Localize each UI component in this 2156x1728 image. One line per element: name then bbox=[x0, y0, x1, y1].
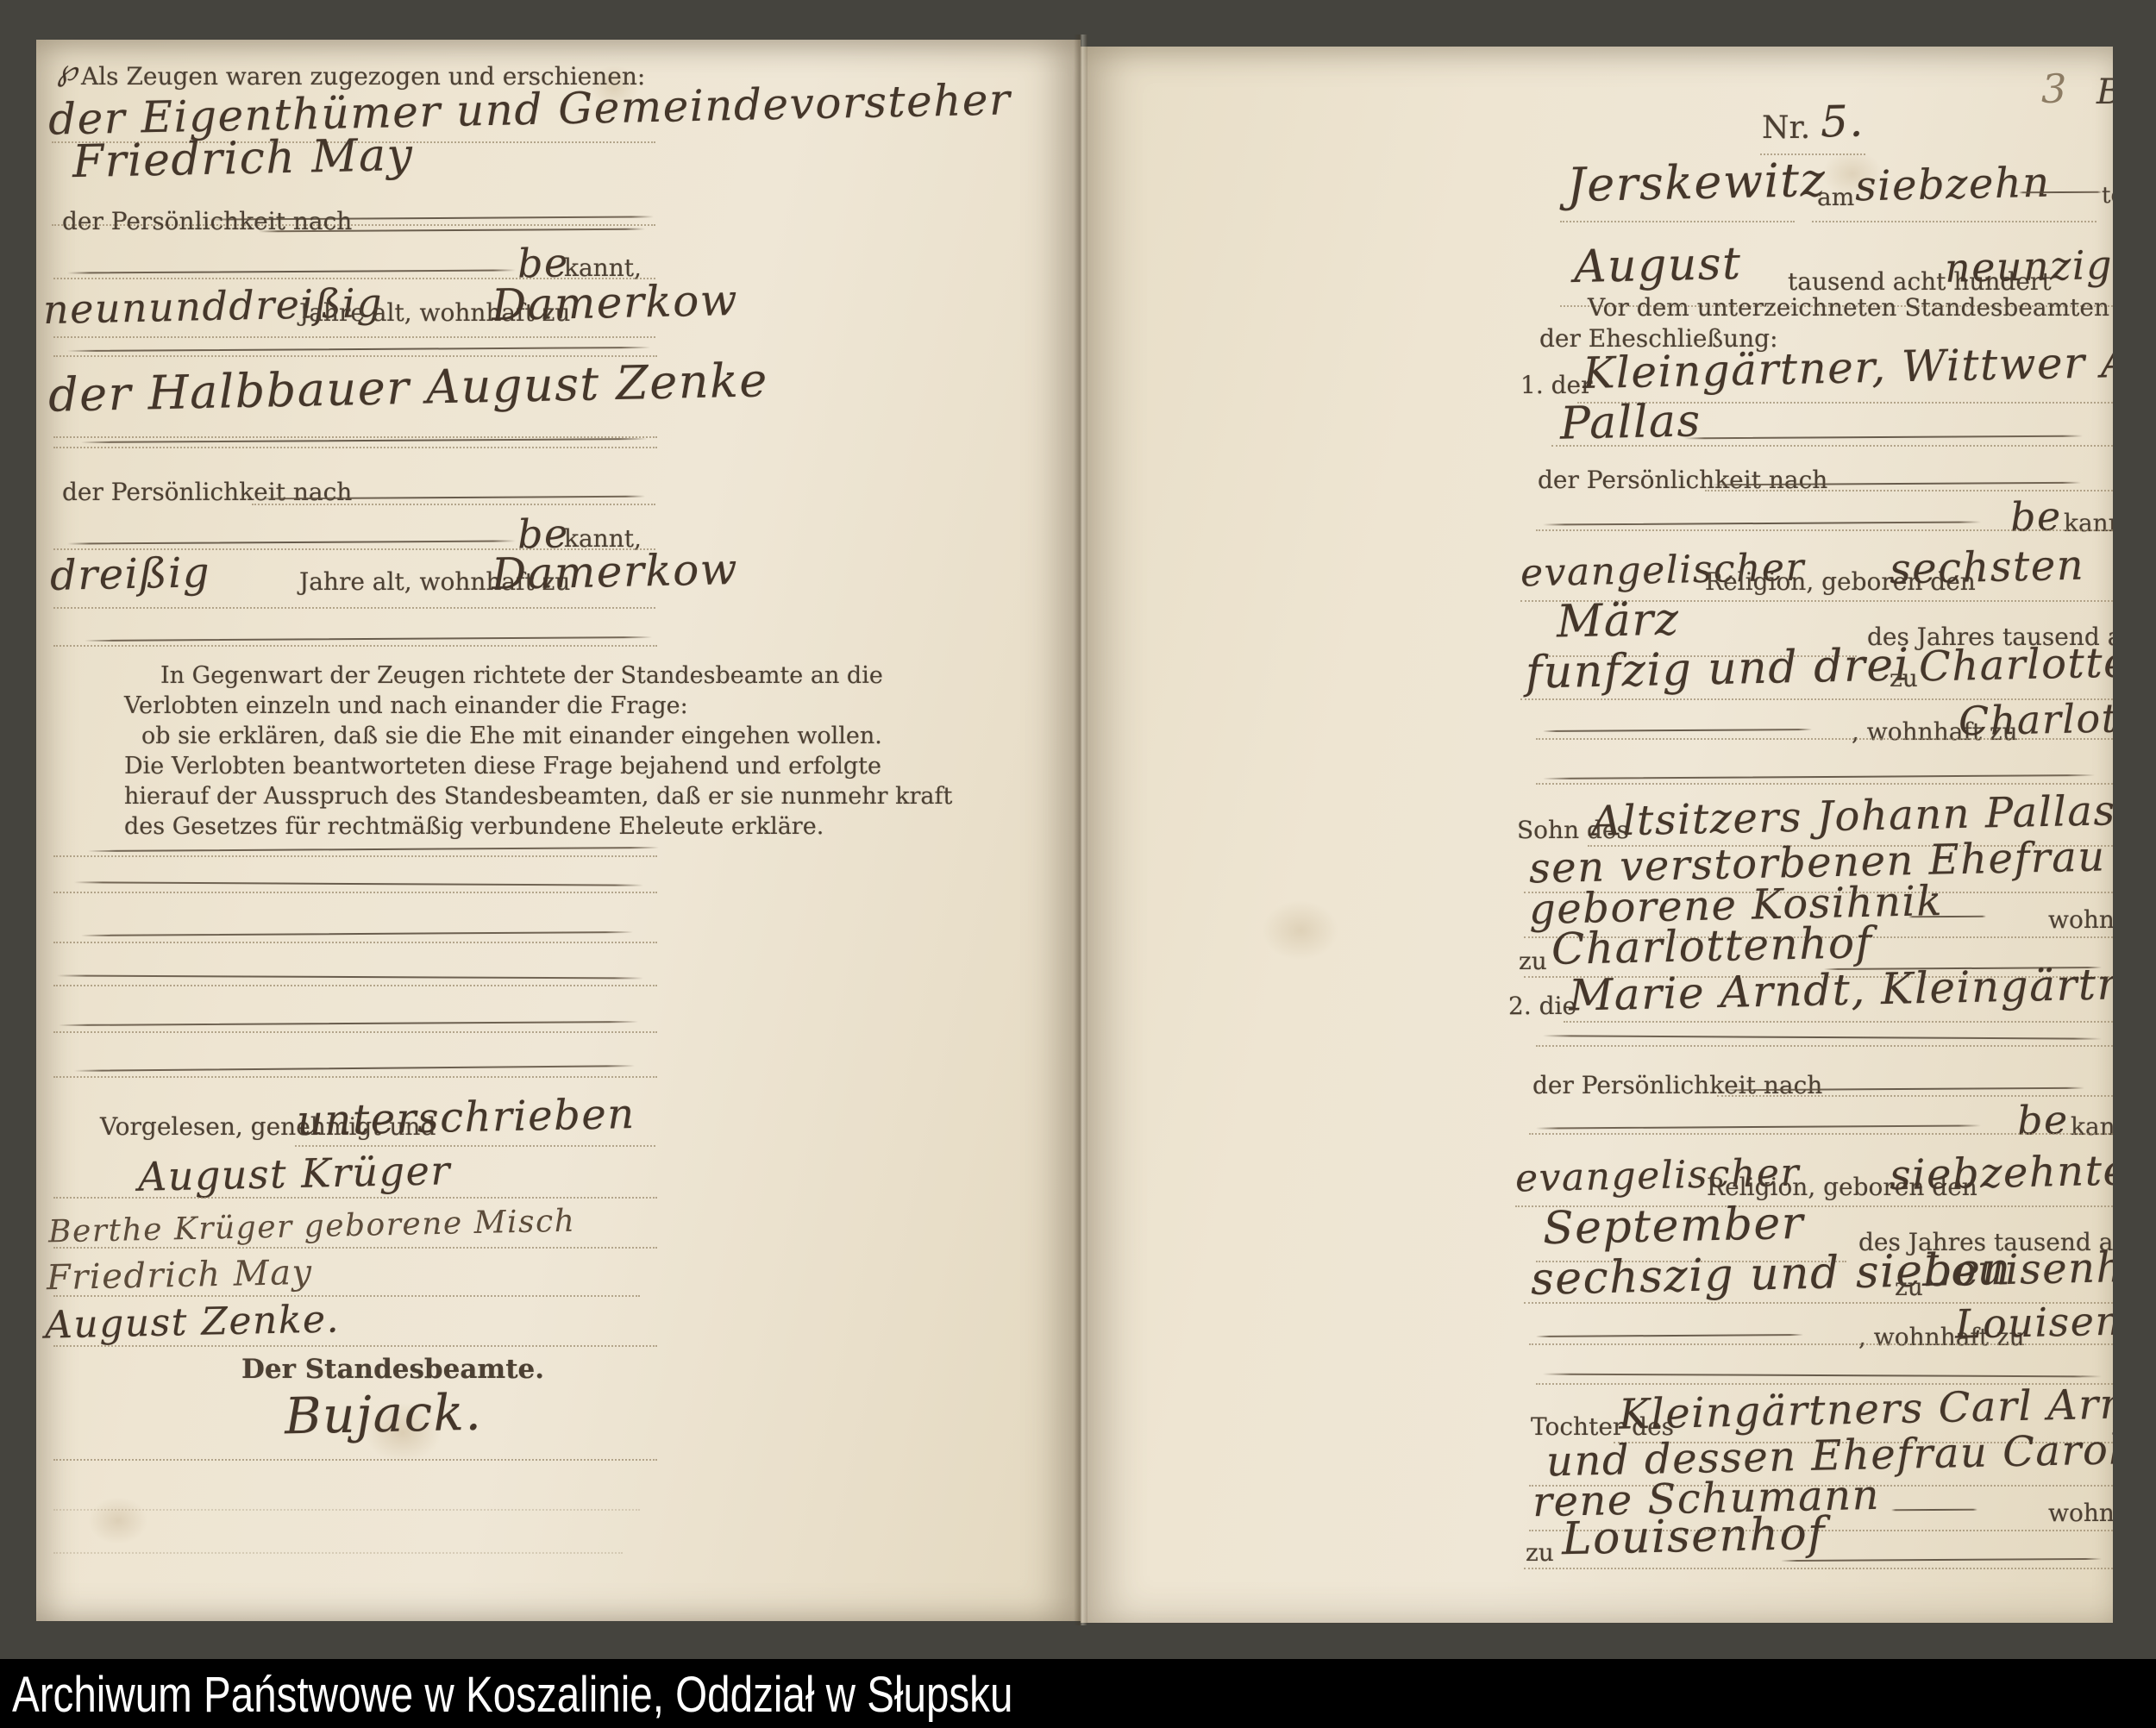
rule bbox=[53, 855, 657, 857]
ink-line bbox=[1543, 729, 1812, 732]
rule bbox=[295, 1145, 655, 1147]
bride-be: be bbox=[2016, 1096, 2069, 1143]
record-day: siebzehn bbox=[1854, 159, 2051, 211]
record-no-label: Nr. bbox=[1762, 110, 1810, 146]
rule bbox=[1564, 1021, 2113, 1023]
rule bbox=[53, 1197, 657, 1199]
groom-birth-month: März bbox=[1556, 594, 1680, 648]
ink-line bbox=[1543, 1374, 2102, 1378]
zu-label: zu bbox=[1526, 1538, 1554, 1567]
rule bbox=[53, 985, 657, 986]
rule bbox=[1536, 1045, 2113, 1047]
record-no: 5. bbox=[1820, 96, 1865, 147]
paper-stain bbox=[1262, 900, 1339, 961]
left-page: ℘ Als Zeugen waren zugezogen und erschie… bbox=[36, 40, 1081, 1621]
wohnhaft-label: wohnhaft bbox=[2048, 1499, 2113, 1527]
ink-line bbox=[1536, 1124, 1981, 1129]
bride-birth-month: September bbox=[1542, 1198, 1804, 1255]
witness1-name: Friedrich May bbox=[72, 129, 414, 188]
signature: Friedrich May bbox=[47, 1253, 314, 1298]
ink-line bbox=[74, 881, 643, 886]
groom-kannt: kannt bbox=[2064, 509, 2113, 537]
rule bbox=[53, 1076, 657, 1078]
rule bbox=[1551, 445, 2113, 447]
bride-residence: Louisenho bbox=[1954, 1296, 2113, 1347]
record-place: Jerskewitz bbox=[1566, 153, 1827, 212]
corner-letter: B bbox=[2096, 72, 2113, 112]
archive-caption-bar: Archiwum Państwowe w Koszalinie, Oddział… bbox=[0, 1659, 2156, 1728]
ink-line bbox=[1543, 774, 2095, 779]
intro-line1: Vor dem unterzeichneten Standesbeamten e… bbox=[1588, 293, 2113, 322]
rule bbox=[1560, 221, 1795, 222]
rule bbox=[1536, 738, 2113, 740]
ink-line bbox=[1908, 916, 1986, 918]
rule bbox=[53, 607, 655, 609]
ink-line bbox=[1891, 1509, 1977, 1512]
ink-line bbox=[74, 1065, 635, 1072]
rule bbox=[53, 1247, 657, 1249]
declaration-line: In Gegenwart der Zeugen richtete der Sta… bbox=[160, 662, 883, 689]
rule bbox=[1536, 783, 2113, 785]
signature: August Krüger bbox=[137, 1147, 451, 1200]
ink-line bbox=[1684, 435, 2083, 440]
registrar-signature: Bujack. bbox=[284, 1383, 482, 1446]
rule bbox=[53, 1552, 623, 1554]
record-month: August bbox=[1573, 238, 1742, 293]
rule bbox=[1529, 1133, 2113, 1135]
bride-birth-day: siebzehnten bbox=[1889, 1146, 2113, 1199]
ink-line bbox=[88, 847, 659, 852]
day-suffix-fragment: te bbox=[2102, 183, 2113, 209]
ink-line bbox=[1536, 1334, 1803, 1337]
ink-line bbox=[67, 540, 516, 544]
ink-line bbox=[1543, 1035, 2102, 1039]
closing-handwritten: unterschrieben bbox=[296, 1090, 636, 1145]
declaration-line: ob sie erklären, daß sie die Ehe mit ein… bbox=[141, 723, 882, 749]
archival-page-number: 3 bbox=[2041, 66, 2066, 112]
book-fold-shadow bbox=[1074, 34, 1087, 1625]
am-label: am bbox=[1817, 183, 1854, 211]
rule bbox=[53, 645, 657, 647]
groom-birth-year: funfzig und drei bbox=[1525, 639, 1910, 698]
ink-line bbox=[57, 975, 643, 980]
zu-label: zu bbox=[1895, 1273, 1923, 1301]
paragraph-flourish-icon: ℘ bbox=[57, 53, 79, 89]
year-written: neunzig und se bbox=[1944, 238, 2113, 291]
ink-line bbox=[67, 269, 516, 273]
witness1-residence: Damerkow bbox=[491, 275, 738, 330]
ink-line bbox=[1543, 521, 1981, 525]
rule bbox=[1529, 1343, 2113, 1345]
rule bbox=[1536, 529, 2113, 531]
registry-book-scan: ℘ Als Zeugen waren zugezogen und erschie… bbox=[0, 0, 2156, 1728]
rule bbox=[53, 1295, 640, 1297]
right-page: 3 B Nr. 5. Jerskewitz am siebzehn te Aug… bbox=[1081, 47, 2113, 1623]
groom-residence: Charlottenho bbox=[1958, 692, 2113, 745]
declaration-line: Verlobten einzeln und nach einander die … bbox=[124, 692, 688, 719]
declaration-line: Die Verlobten beantworteten diese Frage … bbox=[124, 753, 881, 779]
rule bbox=[53, 336, 655, 338]
rule bbox=[1524, 1568, 2113, 1569]
ink-line bbox=[59, 1021, 638, 1026]
groom-birth-day: sechsten bbox=[1889, 542, 2084, 594]
bride-parents-residence: Louisenhof bbox=[1561, 1508, 1826, 1565]
zu-label: zu bbox=[1519, 947, 1547, 975]
rule bbox=[53, 892, 657, 893]
archive-caption: Archiwum Państwowe w Koszalinie, Oddział… bbox=[12, 1666, 1012, 1724]
rule bbox=[1812, 221, 2096, 222]
signature: Berthe Krüger geborene Misch bbox=[48, 1204, 576, 1250]
rule bbox=[53, 447, 657, 448]
rule bbox=[53, 1509, 640, 1511]
ink-line bbox=[85, 636, 652, 642]
groom-be: be bbox=[2009, 492, 2062, 540]
declaration-line: des Gesetzes für rechtmäßig verbundene E… bbox=[124, 813, 824, 840]
bride-kannt: kannt bbox=[2071, 1112, 2113, 1141]
ink-line bbox=[81, 931, 633, 936]
groom-index: 1. der bbox=[1520, 371, 1593, 399]
paper-stain bbox=[88, 1497, 148, 1544]
ink-line bbox=[2019, 191, 2102, 194]
ink-line bbox=[67, 347, 650, 352]
bride-birth-place: Louisenhof bbox=[1921, 1243, 2113, 1296]
rule bbox=[53, 1345, 657, 1347]
rule bbox=[53, 1459, 657, 1461]
ink-line bbox=[1781, 1558, 2102, 1562]
declaration-line: hierauf der Ausspruch des Standesbeamten… bbox=[124, 783, 952, 810]
witness2-descriptor: der Halbbauer August Zenke bbox=[47, 353, 768, 422]
rule bbox=[53, 1031, 657, 1033]
rule bbox=[53, 942, 657, 943]
signature: August Zenke. bbox=[45, 1297, 341, 1347]
ink-line bbox=[81, 438, 647, 443]
rule bbox=[252, 504, 655, 505]
witness2-age: dreißig bbox=[49, 548, 210, 600]
groom-birth-place: Charlottenho bbox=[1918, 636, 2113, 691]
groom-surname: Pallas bbox=[1559, 395, 1702, 449]
zu-label: zu bbox=[1890, 664, 1918, 692]
registrar-label: Der Standesbeamte. bbox=[241, 1354, 544, 1385]
identity-label: der Persönlichkeit nach bbox=[62, 478, 352, 506]
witness2-residence: Damerkow bbox=[491, 544, 738, 599]
bride-index: 2. die bbox=[1508, 992, 1576, 1020]
wohnhaft-label: wohnhaft bbox=[2048, 905, 2113, 934]
rule bbox=[1705, 490, 2113, 491]
